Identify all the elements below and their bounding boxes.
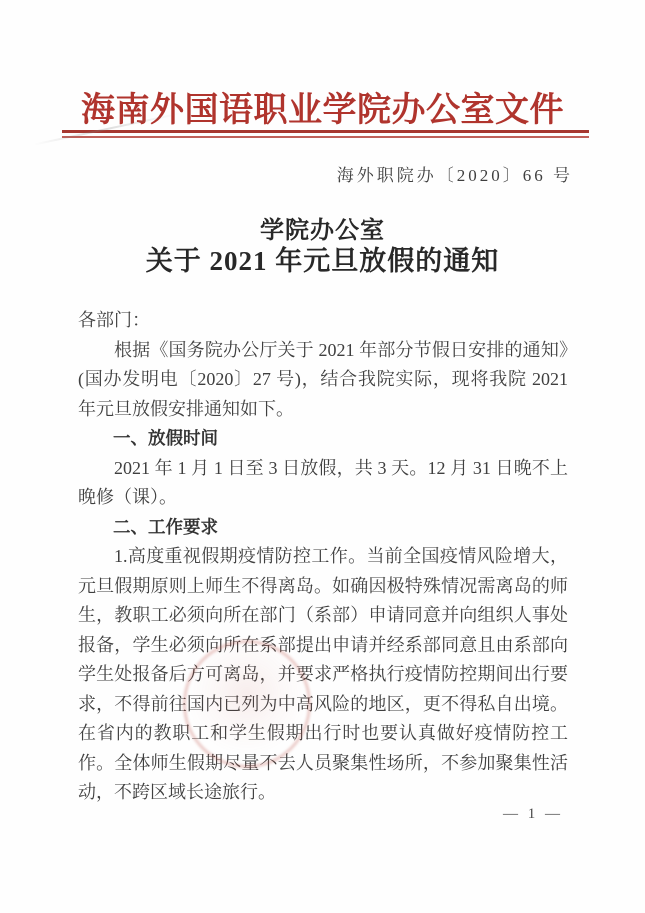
section-heading-holiday-time: 一、放假时间 xyxy=(78,424,568,454)
notice-title: 学院办公室 关于 2021 年元旦放假的通知 xyxy=(0,217,645,277)
paragraph-epidemic-control: 1.高度重视假期疫情防控工作。当前全国疫情风险增大，元旦假期原则上师生不得离岛。… xyxy=(78,542,568,808)
paragraph-basis: 根据《国务院办公厅关于 2021 年部分节假日安排的通知》(国办发明电〔2020… xyxy=(78,336,568,425)
letterhead-divider xyxy=(62,130,589,138)
paragraph-holiday-dates: 2021 年 1 月 1 日至 3 日放假，共 3 天。12 月 31 日晚不上… xyxy=(78,454,568,513)
salutation: 各部门： xyxy=(78,306,568,336)
notice-title-line1: 学院办公室 xyxy=(0,217,645,245)
page-number: — 1 — xyxy=(503,806,563,823)
divider-thin-line xyxy=(62,136,589,138)
document-page: 海南外国语职业学院办公室文件 海外职院办〔2020〕66 号 学院办公室 关于 … xyxy=(0,0,645,913)
notice-title-line2: 关于 2021 年元旦放假的通知 xyxy=(0,245,645,277)
section-heading-work-requirements: 二、工作要求 xyxy=(78,513,568,543)
letterhead-title: 海南外国语职业学院办公室文件 xyxy=(0,82,645,131)
divider-thick-line xyxy=(62,130,589,133)
document-reference-number: 海外职院办〔2020〕66 号 xyxy=(337,161,573,186)
document-body: 各部门： 根据《国务院办公厅关于 2021 年部分节假日安排的通知》(国办发明电… xyxy=(78,306,568,808)
